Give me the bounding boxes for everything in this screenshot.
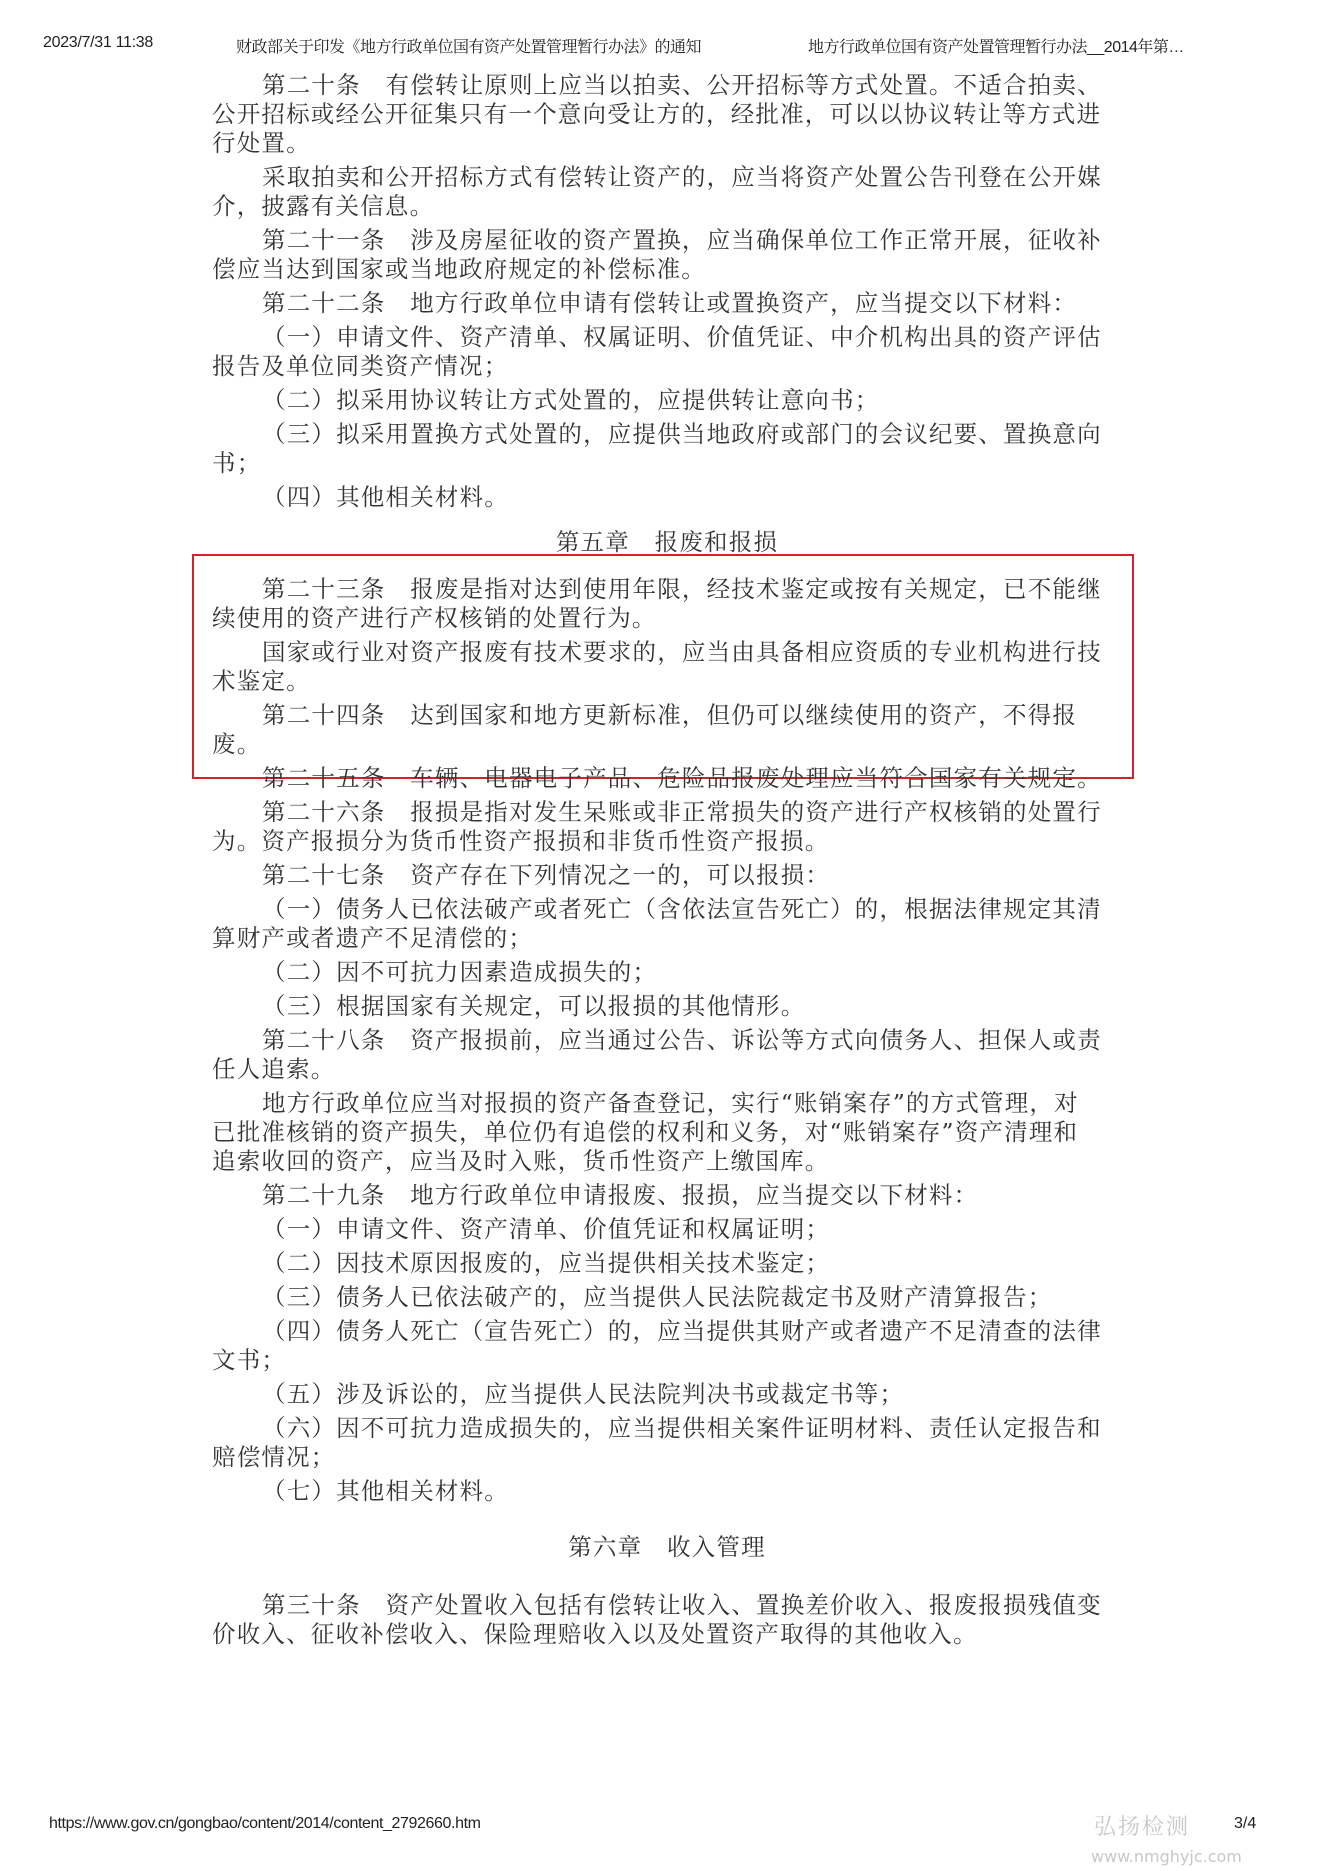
text-line: （三）拟采用置换方式处置的，应提供当地政府或部门的会议纪要、置换意向 bbox=[262, 419, 1102, 449]
text-line: （一）债务人已依法破产或者死亡（含依法宣告死亡）的，根据法律规定其清 bbox=[262, 894, 1102, 924]
text-line: （一）申请文件、资产清单、价值凭证和权属证明； bbox=[262, 1214, 830, 1244]
text-line: （二）拟采用协议转让方式处置的，应提供转让意向书； bbox=[262, 385, 880, 415]
source-url[interactable]: https://www.gov.cn/gongbao/content/2014/… bbox=[49, 1815, 481, 1833]
text-line: 报告及单位同类资产情况； bbox=[212, 351, 508, 381]
text-line: （二）因技术原因报废的，应当提供相关技术鉴定； bbox=[262, 1248, 830, 1278]
text-line: 介，披露有关信息。 bbox=[212, 191, 434, 221]
page-subtitle: 地方行政单位国有资产处置管理暂行办法__2014年第… bbox=[808, 34, 1184, 57]
text-line: 为。资产报损分为货币性资产报损和非货币性资产报损。 bbox=[212, 826, 830, 856]
text-line: 追索收回的资产，应当及时入账，货币性资产上缴国库。 bbox=[212, 1146, 830, 1176]
text-line: 第二十六条 报损是指对发生呆账或非正常损失的资产进行产权核销的处置行 bbox=[262, 797, 1102, 827]
watermark-url: www.nmghyjc.com bbox=[1091, 1847, 1242, 1866]
text-line: （六）因不可抗力造成损失的，应当提供相关案件证明材料、责任认定报告和 bbox=[262, 1413, 1102, 1443]
text-line: （七）其他相关材料。 bbox=[262, 1476, 509, 1506]
text-line: 采取拍卖和公开招标方式有偿转让资产的，应当将资产处置公告刊登在公开媒 bbox=[262, 162, 1102, 192]
text-line: 第二十条 有偿转让原则上应当以拍卖、公开招标等方式处置。不适合拍卖、 bbox=[262, 70, 1102, 100]
text-line: 第二十二条 地方行政单位申请有偿转让或置换资产，应当提交以下材料： bbox=[262, 288, 1077, 318]
text-line: 第三十条 资产处置收入包括有偿转让收入、置换差价收入、报废报损残值变 bbox=[262, 1590, 1102, 1620]
text-line: 续使用的资产进行产权核销的处置行为。 bbox=[212, 603, 657, 633]
text-line: 算财产或者遗产不足清偿的； bbox=[212, 923, 533, 953]
text-line: 国家或行业对资产报废有技术要求的，应当由具备相应资质的专业机构进行技 bbox=[262, 637, 1102, 667]
text-line: 已批准核销的资产损失，单位仍有追偿的权利和义务，对“账销案存”资产清理和 bbox=[212, 1117, 1078, 1147]
text-line: 书； bbox=[212, 448, 261, 478]
chapter-heading: 第五章 报废和报损 bbox=[212, 527, 1122, 557]
text-line: （二）因不可抗力因素造成损失的； bbox=[262, 957, 657, 987]
text-line: 第二十八条 资产报损前，应当通过公告、诉讼等方式向债务人、担保人或责 bbox=[262, 1025, 1102, 1055]
text-line: （三）根据国家有关规定，可以报损的其他情形。 bbox=[262, 991, 805, 1021]
print-header: 2023/7/31 11:38 财政部关于印发《地方行政单位国有资产处置管理暂行… bbox=[0, 34, 1324, 58]
text-line: （五）涉及诉讼的，应当提供人民法院判决书或裁定书等； bbox=[262, 1379, 904, 1409]
document-title: 财政部关于印发《地方行政单位国有资产处置管理暂行办法》的通知 bbox=[236, 34, 701, 57]
text-line: 第二十三条 报废是指对达到使用年限，经技术鉴定或按有关规定，已不能继 bbox=[262, 574, 1102, 604]
text-line: （四）其他相关材料。 bbox=[262, 482, 509, 512]
text-line: 第二十四条 达到国家和地方更新标准，但仍可以继续使用的资产，不得报 bbox=[262, 700, 1077, 730]
text-line: 任人追索。 bbox=[212, 1054, 336, 1084]
print-datetime: 2023/7/31 11:38 bbox=[43, 34, 153, 52]
text-line: （四）债务人死亡（宣告死亡）的，应当提供其财产或者遗产不足清查的法律 bbox=[262, 1316, 1102, 1346]
text-line: 第二十一条 涉及房屋征收的资产置换，应当确保单位工作正常开展，征收补 bbox=[262, 225, 1102, 255]
text-line: 第二十九条 地方行政单位申请报废、报损，应当提交以下材料： bbox=[262, 1180, 978, 1210]
text-line: 第二十五条 车辆、电器电子产品、危险品报废处理应当符合国家有关规定。 bbox=[262, 763, 1102, 793]
chapter-heading: 第六章 收入管理 bbox=[212, 1532, 1122, 1562]
text-line: 价收入、征收补偿收入、保险理赔收入以及处置资产取得的其他收入。 bbox=[212, 1619, 978, 1649]
text-line: （一）申请文件、资产清单、权属证明、价值凭证、中介机构出具的资产评估 bbox=[262, 322, 1102, 352]
text-line: 文书； bbox=[212, 1345, 286, 1375]
watermark-name: 弘扬检测 bbox=[1094, 1810, 1242, 1841]
text-line: 地方行政单位应当对报损的资产备查登记，实行“账销案存”的方式管理，对 bbox=[262, 1088, 1079, 1118]
watermark: 弘扬检测 www.nmghyjc.com bbox=[1094, 1810, 1242, 1866]
text-line: 废。 bbox=[212, 729, 261, 759]
text-line: 偿应当达到国家或当地政府规定的补偿标准。 bbox=[212, 254, 706, 284]
text-line: 公开招标或经公开征集只有一个意向受让方的，经批准，可以以协议转让等方式进 bbox=[212, 99, 1101, 129]
text-line: 赔偿情况； bbox=[212, 1442, 336, 1472]
text-line: 第二十七条 资产存在下列情况之一的，可以报损： bbox=[262, 860, 830, 890]
text-line: 行处置。 bbox=[212, 128, 311, 158]
text-line: 术鉴定。 bbox=[212, 666, 311, 696]
text-line: （三）债务人已依法破产的，应当提供人民法院裁定书及财产清算报告； bbox=[262, 1282, 1052, 1312]
